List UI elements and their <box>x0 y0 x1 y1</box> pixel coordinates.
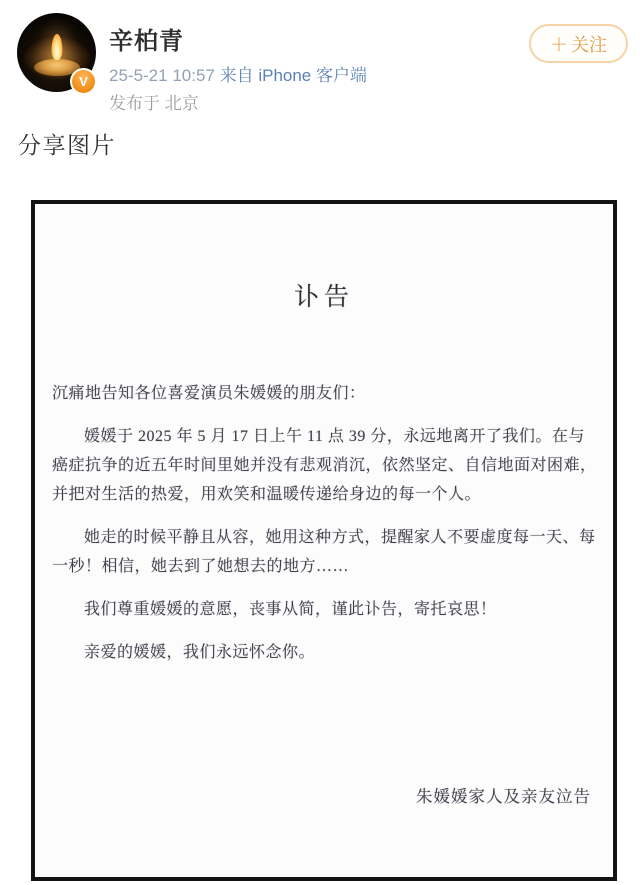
obituary-paragraph: 沉痛地告知各位喜爱演员朱媛媛的朋友们： <box>52 379 597 408</box>
source-link[interactable]: 来自 iPhone 客户端 <box>220 66 367 85</box>
obituary-paragraph: 媛媛于 2025 年 5 月 17 日上午 11 点 39 分，永远地离开了我们… <box>52 422 597 509</box>
obituary-image[interactable]: 讣告 沉痛地告知各位喜爱演员朱媛媛的朋友们： 媛媛于 2025 年 5 月 17… <box>31 200 617 881</box>
post-meta: 25-5-21 10:57 来自 iPhone 客户端 <box>109 61 367 86</box>
username[interactable]: 辛柏青 <box>109 21 184 56</box>
timestamp[interactable]: 25-5-21 10:57 <box>109 66 215 85</box>
post-text: 分享图片 <box>18 127 116 160</box>
follow-button-label: 关注 <box>571 31 607 57</box>
candle-flame <box>51 34 62 60</box>
plus-icon: ＋ <box>550 31 568 57</box>
post-location: 发布于 北京 <box>109 89 199 114</box>
follow-button[interactable]: ＋ 关注 <box>529 24 628 63</box>
avatar[interactable]: V <box>17 13 96 92</box>
obituary-paragraph: 亲爱的媛媛，我们永远怀念你。 <box>52 638 597 667</box>
obituary-paragraph: 她走的时候平静且从容，她用这种方式，提醒家人不要虚度每一天、每一秒！相信，她去到… <box>52 523 597 581</box>
obituary-title: 讣告 <box>35 204 613 313</box>
obituary-body: 沉痛地告知各位喜爱演员朱媛媛的朋友们： 媛媛于 2025 年 5 月 17 日上… <box>35 379 613 667</box>
obituary-signature: 朱媛媛家人及亲友泣告 <box>35 783 613 807</box>
verified-badge-icon: V <box>70 68 97 95</box>
verified-badge-letter: V <box>79 74 88 89</box>
obituary-paragraph: 我们尊重媛媛的意愿，丧事从简，谨此讣告，寄托哀思！ <box>52 595 597 624</box>
